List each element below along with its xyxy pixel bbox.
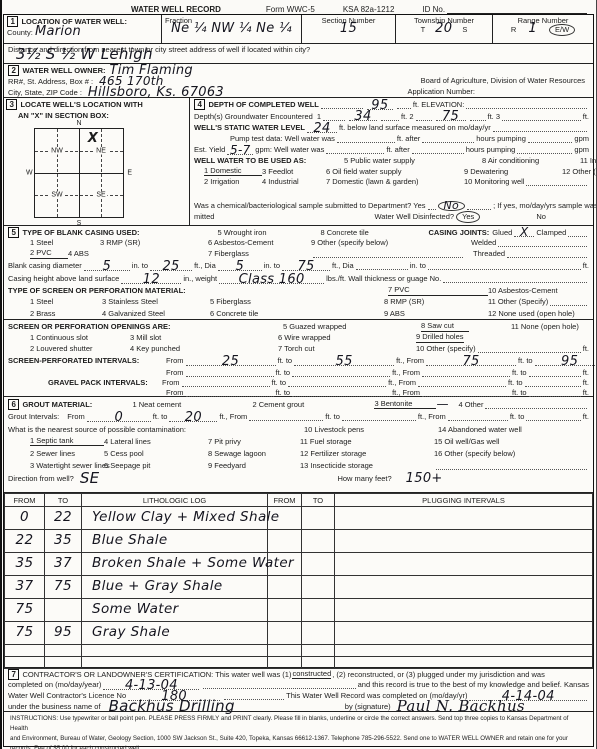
elevation-blank [466,100,587,109]
use-label: WELL WATER TO BE USED AS: [194,156,344,165]
option-brass: 2 Brass [30,309,102,318]
ft-after-label: ft. after [386,145,409,154]
option-other-specify-below: 9 Other (specify below) [311,238,471,247]
option-injection-well: 11 Injection well [580,156,597,165]
dotted-blank [436,461,587,470]
dotted-blank [337,134,395,143]
from-label: From [166,388,184,397]
ft-from-label: ft., From [396,356,424,365]
option-mill-slot: 3 Mill slot [130,333,278,342]
distance-row: Distance and direction from nearest town… [4,44,593,64]
business-name-value: Backhus Drilling [109,703,235,710]
option-torch-cut: 7 Torch cut [278,344,416,353]
option-fuel-storage: 11 Fuel storage [300,437,434,446]
option-wire-wrapped: 6 Wire wrapped [278,333,416,342]
option-screen-concrete-tile: 6 Concrete tile [210,309,384,318]
option-insecticide-storage: 13 Insecticide storage [300,461,434,470]
distance-value: 3½ S ½ W Lehigh [16,45,153,63]
quadrant-se: SE [94,192,107,199]
plug-from [268,576,302,599]
owner-label: WATER WELL OWNER: [22,66,105,75]
compass-w: W [26,170,33,177]
ft-unit: ft. [583,112,589,121]
instructions-block: INSTRUCTIONS: Use typewriter or ball poi… [4,712,593,749]
option-septic-tank-selected: 1 Septic tank [30,436,104,447]
option-concrete-tile: 8 Concrete tile [320,228,428,237]
option-screen-fiberglass: 5 Fiberglass [210,297,384,306]
quadrant-sw: SW [49,192,64,199]
log-row: 37 75 Blue + Gray Shale [5,576,593,599]
dotted-blank [478,344,581,353]
dotted-blank [428,261,581,270]
dotted-blank [323,112,345,121]
option-abs: 4 ABS [68,249,208,258]
pump-test-label: Pump test data: Well water was [230,134,335,143]
option-contam-other: 16 Other (specify below) [434,449,515,458]
option-air-conditioning: 8 Air conditioning [482,156,580,165]
form-ksa: KSA 82a-1212 [343,5,395,14]
log-row-empty [5,645,593,657]
option-screen-abs: 9 ABS [384,309,488,318]
welded-label: Welded [471,238,496,247]
township-s: S [462,25,467,34]
log-from: 75 [16,601,34,617]
option-fertilizer-storage: 12 Fertilizer storage [300,449,434,458]
log-from [5,645,45,657]
plug-from [268,622,302,645]
log-from: 37 [16,578,34,594]
plug-to [302,507,335,530]
log-from: 35 [16,555,34,571]
county-cell: 1LOCATION OF WATER WELL: County: Marion [4,15,162,43]
dotted-blank [525,378,581,387]
casing-depth-2: 75 [297,263,314,270]
dotted-blank [381,112,399,121]
dotted-blank [342,412,416,421]
ft-to-label: ft. to [278,356,293,365]
option-saw-cut-selected: 8 Saw cut [421,321,469,332]
dotted-blank [568,228,587,237]
log-desc: Blue + Gray Shale [92,578,223,594]
log-row-empty [5,657,593,669]
range-ew-circled: E/W [549,24,575,36]
static-date-blank [493,123,587,132]
in-to-label: in. to [264,261,280,270]
plug-from [268,599,302,622]
dotted-blank [443,274,587,283]
disinfected-no: No [536,212,546,221]
ft-to-label: ft. to [272,378,287,387]
section-3-title-1: LOCATE WELL'S LOCATION WITH [20,100,142,109]
option-galvanized-steel: 4 Galvanized Steel [102,309,210,318]
section-5-number: 5 [8,227,19,238]
dotted-blank [467,201,491,210]
option-pit-privy: 7 Pit privy [208,437,300,446]
log-row: 75 95 Gray Shale [5,622,593,645]
option-stainless-steel: 3 Stainless Steel [102,297,210,306]
lithologic-log-section: FROM TO LITHOLOGIC LOG FROM TO PLUGGING … [4,493,593,668]
log-desc: Some Water [92,601,179,617]
ft-to-label: ft. to [512,388,527,397]
spi-from-1: 25 [222,358,239,365]
ft-to-label: ft. to [518,356,533,365]
option-screen-steel: 1 Steel [30,297,102,306]
screen-perforated-intervals-label: SCREEN-PERFORATED INTERVALS: [8,356,166,365]
option-neat-cement: 1 Neat cement [132,400,252,409]
option-none-open-hole: 11 None (open hole) [511,322,579,331]
ft-from-label: ft., From [392,368,420,377]
gpm-label: gpm [574,134,589,143]
application-number-label: Application Number: [407,87,475,96]
fraction-value: Ne ¼ NW ¼ Ne ¼ [171,21,292,36]
col-from-2: FROM [268,494,302,507]
hours-pumping-label: hours pumping [466,145,516,154]
plug-to [302,599,335,622]
option-key-punched: 4 Key punched [130,344,278,353]
dotted-blank [292,368,390,377]
ft-after-label: ft. after [397,134,420,143]
log-desc: Broken Shale + Some Water [92,555,294,571]
range-value: 1 [528,21,537,36]
glued-x-mark: X [520,229,529,236]
log-from: 0 [20,509,29,525]
est-yield-rest: gpm: Well water was [255,145,324,154]
dotted-blank [485,400,587,409]
section-1-number: 1 [7,16,18,27]
disinfected-label: Water Well Disinfected? [374,212,454,221]
chem-sample-rest-2: mitted [194,212,214,221]
casing-height-label: Casing height above land surface [8,274,119,283]
ft-unit: ft. [583,378,589,387]
option-louvered-shutter: 2 Louvered shutter [30,344,130,353]
form-title: WATER WELL RECORD [131,5,221,14]
dotted-blank [422,388,510,397]
col-from-1: FROM [5,494,45,507]
dotted-blank [182,378,270,387]
option-monitoring-well: 10 Monitoring well [464,177,524,186]
log-to [45,645,82,657]
log-from: 75 [16,624,34,640]
static-level-value: 24 [313,125,330,132]
board-of-agriculture-text: Board of Agriculture, Division of Water … [421,76,585,85]
casing-diameter-2: 5 [235,263,244,270]
plug-desc [335,599,593,622]
ft-from-label: ft., From [392,388,420,397]
log-desc: Yellow Clay + Mixed Shale [92,509,280,525]
glued-label: Glued [492,228,512,237]
option-screen-asbestos: 10 Asbestos-Cement [488,286,558,295]
threaded-label: Threaded [473,249,505,258]
form-header: WATER WELL RECORD Form WWC-5 KSA 82a-121… [2,2,593,14]
section-2-owner: 2 WATER WELL OWNER: Tim Flaming RR#, St.… [4,64,593,98]
col-to-2: TO [302,494,335,507]
dotted-blank [517,145,572,154]
option-pvc-selected: 2 PVC [30,248,68,259]
dotted-blank [470,112,486,121]
option-oil-field: 6 Oil field water supply [326,167,464,176]
dotted-blank [356,261,408,270]
section-6-grout: 6 GROUT MATERIAL: 1 Neat cement 2 Cement… [4,397,593,493]
option-drilled-holes-selected: 9 Drilled holes [416,332,464,343]
option-seepage-pit: 6 Seepage pit [104,461,208,470]
township-cell: Township Number T 20 S [396,15,493,43]
county-value: Marion [35,24,81,39]
city-value: Hillsboro, Ks. 67063 [88,89,224,96]
in-to-label: in. to [132,261,148,270]
form-body: 1LOCATION OF WATER WELL: County: Marion … [3,14,594,747]
plug-desc [335,553,593,576]
groundwater-label: Depth(s) Groundwater Encountered [194,112,313,121]
ft-to-label: ft. to [276,368,291,377]
section-box-hline [35,173,123,174]
dotted-blank [428,201,436,210]
plug-desc [335,576,593,599]
weight-value: Class 160 [239,276,305,283]
dotted-blank [422,368,510,377]
log-to: 95 [54,624,72,640]
log-to: 35 [54,532,72,548]
signature-label: by (signature) [345,702,391,711]
from-label: From [166,356,184,365]
plug-from [268,530,302,553]
option-bentonite-selected: 3 Bentonite [374,399,436,410]
option-screen-pvc-selected: 7 PVC [388,285,488,296]
log-from [5,657,45,669]
log-to: 75 [54,578,72,594]
dotted-blank [422,134,474,143]
grout-from-value: 0 [114,414,123,421]
quadrant-ne: NE [94,148,108,155]
option-guazed-wrapped: 5 Guazed wrapped [283,322,421,331]
in-to-label: in. to [410,261,426,270]
section-4-number: 4 [194,99,205,110]
from-label: From [67,412,85,421]
section-5-casing: 5 TYPE OF BLANK CASING USED: 5 Wrought i… [4,226,593,397]
option-asbestos-cement: 6 Asbestos-Cement [208,238,311,247]
option-none-used: 12 None used (open hole) [488,309,575,318]
instructions-line-2: and Environment, Bureau of Water, Geolog… [10,734,587,744]
gw2-value: 75 [442,113,459,120]
completed-date-value: 4-13-04 [125,682,178,689]
option-cement-grout: 2 Cement grout [252,400,374,409]
grout-to-value: 20 [185,414,202,421]
ft-unit: ft. [583,344,589,353]
plug-to [302,657,335,669]
instructions-line-3: records. Fee of $5.00 for each construct… [10,744,587,749]
dotted-blank [529,368,581,377]
log-to: 22 [54,509,72,525]
dotted-blank [249,412,323,421]
section-4-depth: 4 DEPTH OF COMPLETED WELL 95 ft. ELEVATI… [190,98,593,226]
spi-from-2: 75 [462,358,479,365]
gw3-label: ft. 3 [488,112,501,121]
well-location-x-mark: X [88,131,98,146]
plug-desc [335,622,593,645]
ft-dia-label-2: ft., Dia [332,261,354,270]
certification-text-1b: , (2) reconstructed, or (3) plugged unde… [332,670,545,679]
id-no-label: ID No. [422,5,445,14]
log-from: 22 [16,532,34,548]
range-cell: Range Number R 1 E/W [493,15,593,43]
ft-from-label: ft., From [219,412,247,421]
instructions-line-1: INSTRUCTIONS: Use typewriter or ball poi… [10,714,587,734]
contamination-title: What is the nearest source of possible c… [8,425,304,434]
gw1-label: 1 [317,112,321,121]
option-wrought-iron: 5 Wrought iron [217,228,320,237]
plug-desc [335,530,593,553]
ft-unit: ft. [583,368,589,377]
how-many-feet-label: How many feet? [337,474,391,483]
option-other-specify: 12 Other (Specify below) [562,167,597,176]
option-openings-other: 10 Other (specify) [416,344,476,353]
option-sewage-lagoon: 8 Sewage lagoon [208,449,300,458]
plug-to [302,576,335,599]
ft-from-label: ft., From [388,378,416,387]
gw2-label: ft. 2 [401,112,414,121]
spi-to-1: 55 [336,358,353,365]
elevation-label: ft. ELEVATION: [413,100,464,109]
plug-desc [335,657,593,669]
compass-n: N [76,120,81,127]
option-abandoned-well: 14 Abandoned water well [438,425,522,434]
quadrant-nw: NW [49,148,65,155]
gpm-label: gpm [574,145,589,154]
section-2-number: 2 [8,65,19,76]
est-yield-value: 5-7 [230,147,251,154]
chem-sample-rest: ; If yes, mo/day/yrs sample was sub- [493,201,597,210]
ft-from-label: ft., From [418,412,446,421]
col-lithologic-log: LITHOLOGIC LOG [82,494,268,507]
lithologic-log-table: FROM TO LITHOLOGIC LOG FROM TO PLUGGING … [4,493,593,669]
section-7-number: 7 [8,669,19,680]
range-label: Range Number [496,16,590,25]
completed-on-label: completed on (mo/day/year) [8,680,101,689]
plug-to [302,530,335,553]
township-t: T [421,25,425,34]
certification-text-2: and this record is true to the best of m… [358,680,589,689]
spi-to-2: 95 [561,358,578,365]
form-number: Form WWC-5 [266,5,315,14]
ft-unit: ft. [583,412,589,421]
dotted-blank [528,134,573,143]
township-value: 20 [435,21,452,36]
plug-from [268,657,302,669]
dotted-blank [313,249,463,258]
option-dewatering: 9 Dewatering [464,167,562,176]
dotted-blank [326,145,384,154]
option-cess-pool: 5 Cess pool [104,449,208,458]
weight-label: in., weight [183,274,217,283]
quarter-line [101,129,102,217]
section-3-number: 3 [6,99,17,110]
casing-depth-1: 25 [162,263,179,270]
blank-casing-diameter-label: Blank casing diameter [8,261,82,270]
static-level-rest: ft. below land surface measured on mo/da… [339,123,491,132]
log-desc [82,657,268,669]
section-3-4-row: 3LOCATE WELL'S LOCATION WITH AN "X" IN S… [4,98,593,226]
option-oil-gas-well: 15 Oil well/Gas well [434,437,499,446]
from-label: From [162,378,180,387]
ft-unit: ft. [583,261,589,270]
dotted-blank [397,100,411,109]
clamped-label: Clamped [536,228,566,237]
log-row: 22 35 Blue Shale [5,530,593,553]
option-domestic-lawn: 7 Domestic (lawn & garden) [326,177,464,186]
dotted-blank [550,297,587,306]
option-industrial: 4 Industrial [262,177,326,186]
option-steel: 1 Steel [30,238,100,247]
ft-to-label: ft. to [512,368,527,377]
log-desc: Blue Shale [92,532,168,548]
casing-joints-label: CASING JOINTS: [428,228,489,237]
option-domestic-selected: 1 Domestic [204,166,262,177]
section-3-title-2: AN "X" IN SECTION BOX: [4,111,189,120]
est-yield-label: Est. Yield [194,145,225,154]
ft-to-label: ft. to [276,388,291,397]
section-6-number: 6 [8,399,19,410]
address-value: 465 170th [99,78,164,85]
dotted-blank [526,177,587,186]
dotted-blank [412,145,464,154]
address-label: RR#, St. Address, Box # : [8,77,93,86]
business-name-label: under the business name of [8,702,101,711]
chem-sample-question: Was a chemical/bacteriological sample su… [194,201,426,210]
dotted-blank [498,238,587,247]
hours-pumping-label: hours pumping [476,134,526,143]
dotted-blank [186,368,274,377]
dotted-blank [288,378,386,387]
ft-to-label: ft. to [153,412,168,421]
option-sewer-lines: 2 Sewer lines [30,449,104,458]
county-label: County: [7,28,33,37]
dotted-blank [448,412,508,421]
gw1-value: 34 [354,113,371,120]
plug-desc [335,645,593,657]
log-desc [82,645,268,657]
option-irrigation: 2 Irrigation [204,177,262,186]
section-number-value: 15 [340,21,357,36]
log-row: 35 37 Broken Shale + Some Water [5,553,593,576]
casing-height-value: 12 [143,276,160,283]
option-fiberglass: 7 Fiberglass [208,249,311,258]
log-to [45,657,82,669]
water-well-record-form: WATER WELL RECORD Form WWC-5 KSA 82a-121… [0,0,597,749]
bentonite-dash-mark: — [436,401,458,408]
section-3-locate: 3LOCATE WELL'S LOCATION WITH AN "X" IN S… [4,98,190,225]
dotted-blank [507,249,587,258]
option-screen-other: 11 Other (Specify) [488,297,548,306]
option-continuous-slot: 1 Continuous slot [30,333,130,342]
chem-sample-no-circled: No [438,201,466,211]
dotted-blank [292,388,390,397]
option-feedyard: 9 Feedyard [208,461,300,470]
dotted-blank [186,388,274,397]
screen-material-title: TYPE OF SCREEN OR PERFORATION MATERIAL: [8,286,388,295]
grout-intervals-label: Grout Intervals: [8,412,59,421]
gw3-blank [502,112,581,121]
fraction-cell: Fraction Ne ¼ NW ¼ Ne ¼ [162,15,302,43]
id-no-blank [447,4,587,14]
option-lateral-lines: 4 Lateral lines [104,437,208,446]
option-public-water: 5 Public water supply [344,156,482,165]
col-plugging-intervals: PLUGGING INTERVALS [335,494,593,507]
section-box-diagram: NW NE SW SE N S W E X [34,128,124,218]
dotted-blank [529,388,581,397]
weight-rest-label: lbs./ft. Wall thickness or guage No. [326,274,441,283]
option-livestock-pens: 10 Livestock pens [304,425,438,434]
section-1-location: 1LOCATION OF WATER WELL: County: Marion … [4,15,593,44]
direction-from-well-label: Direction from well? [8,474,74,483]
